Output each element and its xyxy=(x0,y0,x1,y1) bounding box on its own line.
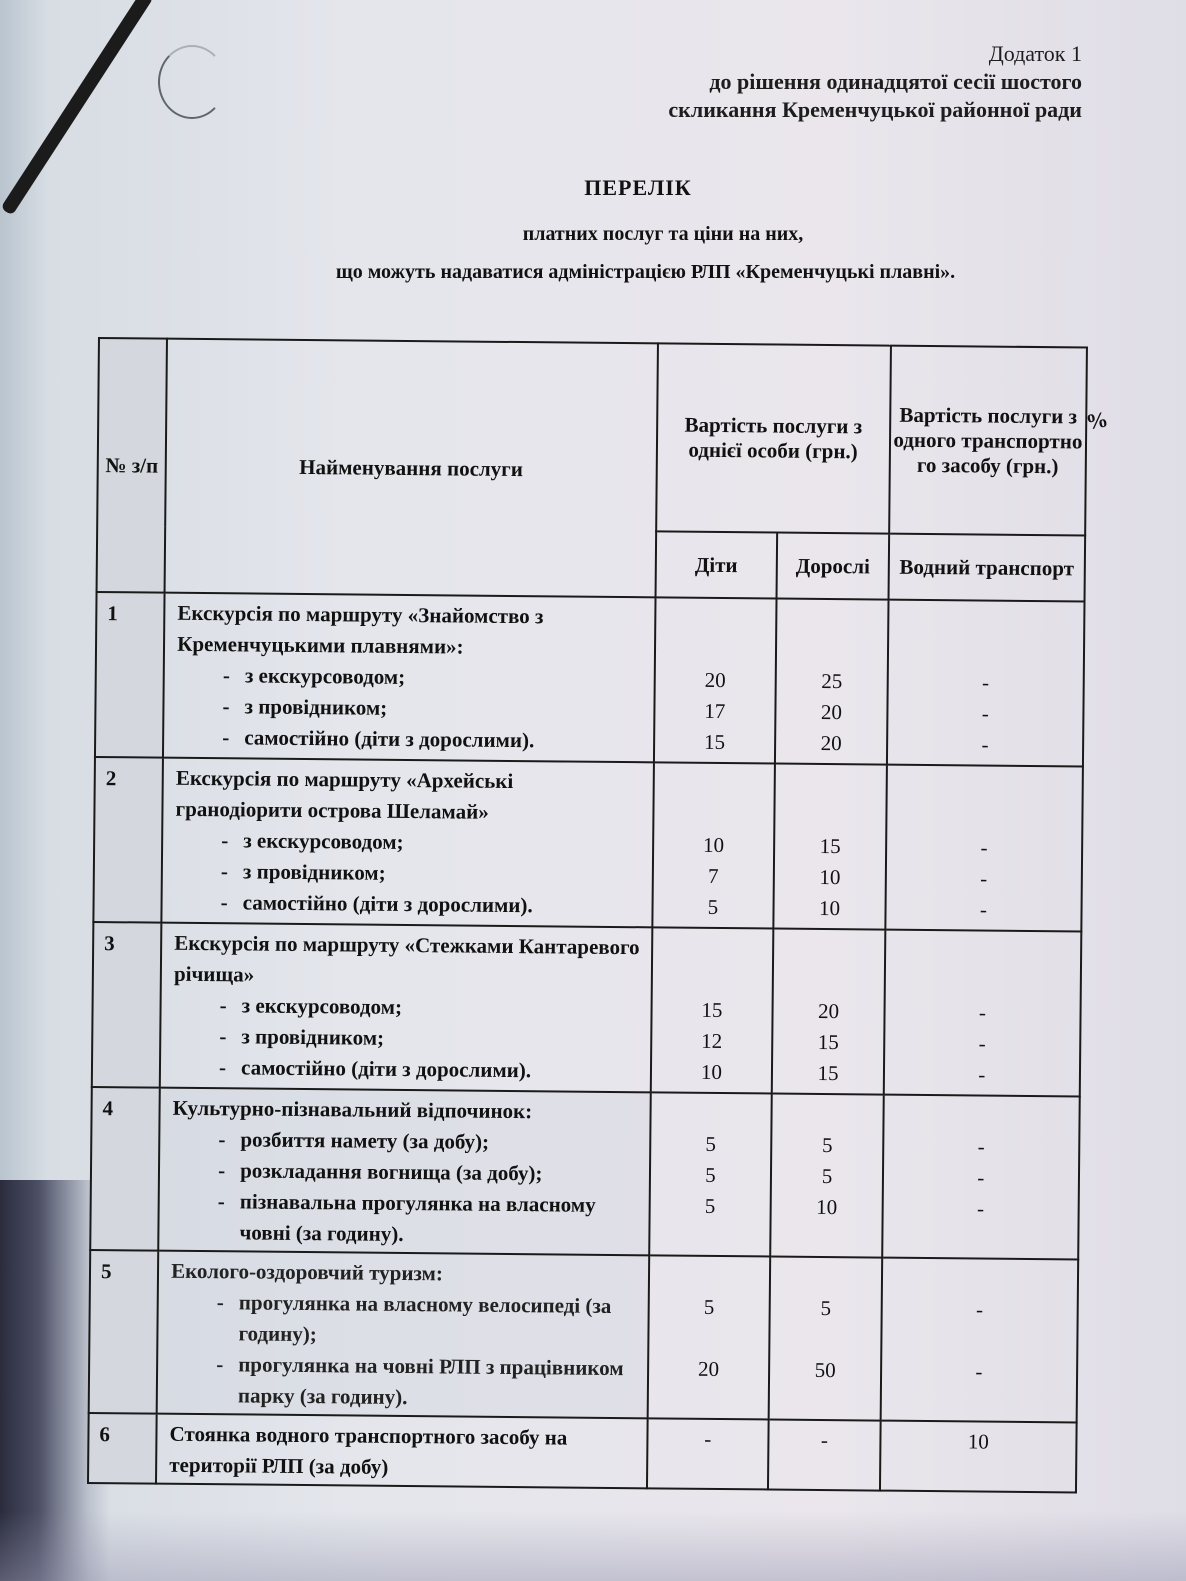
price-adults: 550 xyxy=(769,1256,882,1420)
price-kids: 520 xyxy=(647,1255,770,1419)
price-value: 50 xyxy=(776,1355,874,1387)
price-value: 5 xyxy=(656,1159,764,1191)
price-kids: 555 xyxy=(649,1092,772,1256)
service-options: з екскурсоводом;з провідником;самостійно… xyxy=(176,660,645,757)
row-number: 6 xyxy=(88,1413,157,1484)
header-line-1: до рішення одинадцятої сесії шостого xyxy=(668,68,1082,96)
price-value: - xyxy=(654,1423,762,1455)
price-water: 10 xyxy=(880,1421,1077,1493)
price-kids: 1075 xyxy=(652,762,775,928)
price-value: 15 xyxy=(779,1058,877,1090)
header-kids: Діти xyxy=(655,531,777,598)
table-row: 2Екскурсія по маршруту «Архейські гранод… xyxy=(93,757,1083,931)
addendum-label: Додаток 1 xyxy=(668,40,1082,68)
service-options: з екскурсоводом;з провідником;самостійно… xyxy=(175,825,644,922)
service-option: прогулянка на човні РЛП з працівником па… xyxy=(216,1349,639,1415)
price-value: - xyxy=(891,997,1073,1030)
title-heading: ПЕРЕЛІК xyxy=(90,175,1186,201)
price-value: 20 xyxy=(783,697,881,729)
service-option: з екскурсоводом; xyxy=(221,825,644,860)
header-water-transport: Водний транспорт xyxy=(888,534,1085,602)
price-value: 12 xyxy=(658,1025,766,1057)
row-number: 5 xyxy=(89,1250,159,1414)
price-value: - xyxy=(892,863,1074,896)
price-adults: 201515 xyxy=(772,929,885,1095)
title-subtitle-1: платних послуг та ціни на них, xyxy=(140,223,1186,246)
price-value: 5 xyxy=(655,1291,763,1323)
service-title: Екскурсія по маршруту «Стежками Кантарев… xyxy=(174,928,643,994)
price-value: 7 xyxy=(659,860,767,892)
service-title: Культурно-пізнавальний відпочинок: xyxy=(173,1093,642,1128)
price-value: - xyxy=(888,1294,1070,1327)
price-value: - xyxy=(890,1162,1072,1195)
service-options: прогулянка на власному велосипеді (за го… xyxy=(170,1287,640,1415)
price-value: - xyxy=(892,894,1074,927)
title-subtitle-2: що можуть надаватися адміністрацією РЛП … xyxy=(105,261,1186,284)
row-number: 1 xyxy=(95,592,165,758)
price-value: 20 xyxy=(661,664,769,696)
service-option: з провідником; xyxy=(221,856,644,891)
price-value: - xyxy=(891,1028,1073,1061)
price-kids: 151210 xyxy=(650,927,773,1093)
service-name: Стоянка водного транспортного засобу на … xyxy=(156,1414,647,1489)
service-title: Екскурсія по маршруту «Архейські граноді… xyxy=(175,763,644,829)
price-value: 5 xyxy=(778,1161,876,1193)
price-value: 20 xyxy=(782,728,880,760)
service-option: розкладання вогнища (за добу); xyxy=(218,1155,641,1190)
price-value: - xyxy=(894,698,1076,731)
price-value: 15 xyxy=(660,726,768,758)
service-title: Еколого-оздоровчий туризм: xyxy=(171,1256,640,1291)
service-title: Екскурсія по маршруту «Знайомство з Крем… xyxy=(177,598,646,664)
header-per-vehicle: Вартість послуги з одного транспортно го… xyxy=(889,346,1087,536)
price-value: 25 xyxy=(783,666,881,698)
service-name: Екскурсія по маршруту «Стежками Кантарев… xyxy=(160,923,652,1093)
service-option: самостійно (діти з дорослими). xyxy=(222,722,645,757)
service-name: Культурно-пізнавальний відпочинок:розбит… xyxy=(158,1088,650,1256)
table-row: 1Екскурсія по маршруту «Знайомство з Кре… xyxy=(95,592,1085,766)
price-value: - xyxy=(894,729,1076,762)
price-water: --- xyxy=(882,1095,1080,1260)
service-option: самостійно (діти з дорослими). xyxy=(221,887,644,922)
price-value: 5 xyxy=(778,1130,876,1162)
price-value: 10 xyxy=(781,893,879,925)
service-name: Екскурсія по маршруту «Архейські граноді… xyxy=(162,758,654,928)
price-adults: 252020 xyxy=(775,599,888,765)
service-name: Екскурсія по маршруту «Знайомство з Крем… xyxy=(163,593,655,763)
price-value: - xyxy=(894,667,1076,700)
price-value: 20 xyxy=(654,1353,762,1385)
price-water: -- xyxy=(880,1258,1078,1423)
price-value: - xyxy=(889,1193,1071,1226)
price-value: - xyxy=(893,832,1075,865)
table-row: 4Культурно-пізнавальний відпочинок:розби… xyxy=(90,1087,1080,1259)
header-line-2: скликання Кременчуцької районної ради xyxy=(668,96,1082,124)
table-row: 5Еколого-оздоровчий туризм:прогулянка на… xyxy=(89,1250,1079,1422)
price-value: 10 xyxy=(660,829,768,861)
handwritten-side-note: % xyxy=(1084,406,1110,435)
price-adults: 5510 xyxy=(771,1094,884,1258)
document-header: Додаток 1 до рішення одинадцятої сесії ш… xyxy=(668,40,1082,124)
price-water: --- xyxy=(885,765,1083,932)
service-option: з провідником; xyxy=(222,691,645,726)
service-option: з провідником; xyxy=(219,1021,642,1056)
document-title: ПЕРЕЛІК платних послуг та ціни на них, щ… xyxy=(0,175,1186,284)
price-value: 10 xyxy=(781,862,879,894)
photo-shadow-bottom xyxy=(0,1511,1186,1581)
price-value: 10 xyxy=(657,1056,765,1088)
header-adults: Дорослі xyxy=(777,533,889,600)
price-water: --- xyxy=(887,600,1085,767)
table-row: 6Стоянка водного транспортного засобу на… xyxy=(88,1413,1077,1492)
price-value: 15 xyxy=(781,831,879,863)
row-number: 4 xyxy=(90,1087,160,1251)
service-options: розбиття намету (за добу);розкладання во… xyxy=(171,1124,641,1252)
table-row: 3Екскурсія по маршруту «Стежками Кантаре… xyxy=(92,922,1082,1096)
service-option: з екскурсоводом; xyxy=(220,990,643,1025)
price-value: 5 xyxy=(777,1293,875,1325)
price-value: 10 xyxy=(887,1426,1069,1459)
row-number: 2 xyxy=(93,757,163,923)
header-per-person: Вартість послуги з однієї особи (грн.) xyxy=(656,343,891,533)
price-value: 15 xyxy=(658,994,766,1026)
price-value: 5 xyxy=(659,891,767,923)
price-value: 5 xyxy=(656,1190,764,1222)
price-value: 20 xyxy=(780,996,878,1028)
price-kids: 201715 xyxy=(653,597,776,763)
header-number: № з/п xyxy=(97,338,168,593)
price-water: --- xyxy=(884,930,1082,1097)
pencil-circle-mark xyxy=(158,45,226,119)
price-kids: - xyxy=(646,1418,768,1489)
row-number: 3 xyxy=(92,922,162,1088)
service-option: прогулянка на власному велосипеді (за го… xyxy=(216,1287,639,1353)
header-service-name: Найменування послуги xyxy=(165,339,658,598)
price-value: - xyxy=(776,1425,874,1457)
service-name: Еколого-оздоровчий туризм:прогулянка на … xyxy=(157,1251,649,1419)
service-option: розбиття намету (за добу); xyxy=(218,1124,641,1159)
price-value: 5 xyxy=(657,1128,765,1160)
service-title: Стоянка водного транспортного засобу на … xyxy=(169,1419,638,1485)
price-value: - xyxy=(890,1131,1072,1164)
price-adults: - xyxy=(768,1419,880,1490)
price-value: - xyxy=(888,1356,1070,1389)
service-option: з екскурсоводом; xyxy=(223,660,646,695)
service-option: пізнавальна прогулянка на власному човні… xyxy=(217,1186,640,1252)
price-value: 15 xyxy=(779,1027,877,1059)
price-value: - xyxy=(891,1059,1073,1092)
service-options: з екскурсоводом;з провідником;самостійно… xyxy=(173,990,642,1087)
price-value: 17 xyxy=(661,695,769,727)
price-table: № з/п Найменування послуги Вартість посл… xyxy=(87,337,1088,1493)
price-value: 10 xyxy=(778,1192,876,1224)
service-option: самостійно (діти з дорослими). xyxy=(219,1052,642,1087)
price-adults: 151010 xyxy=(774,764,887,930)
